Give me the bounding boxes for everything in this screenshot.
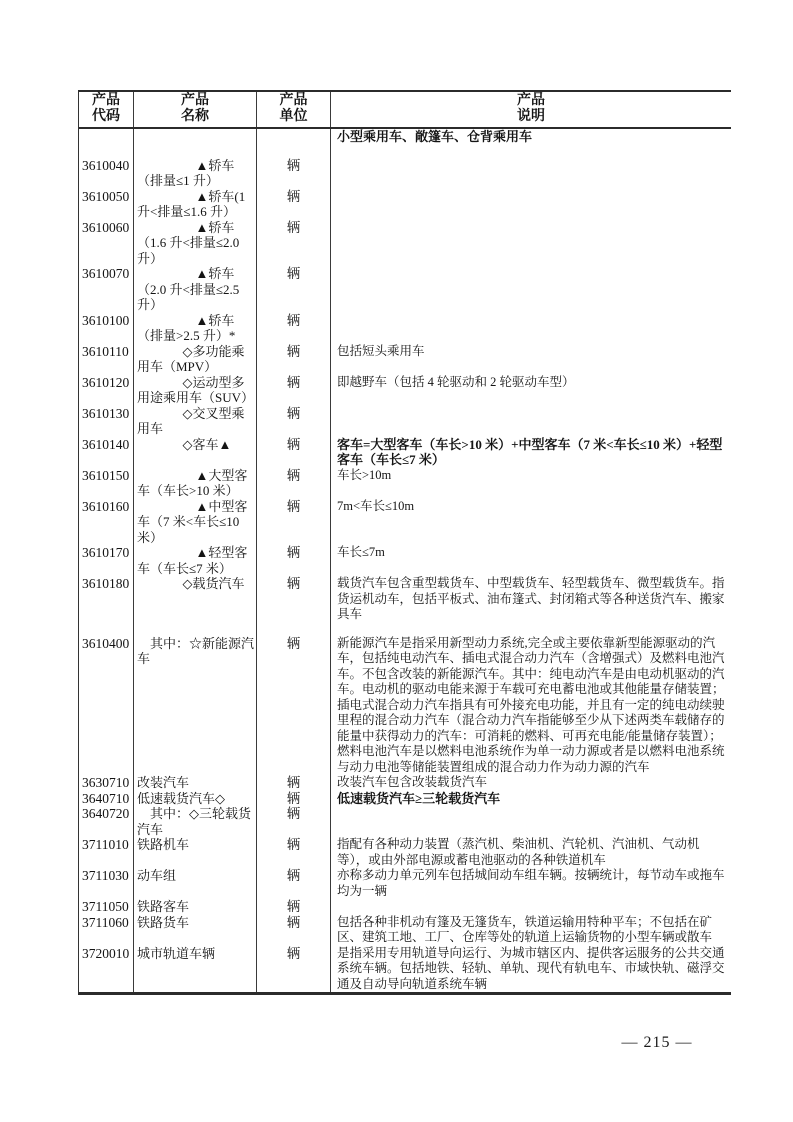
code-cell: 3610140 <box>79 437 134 468</box>
product-table: 产品 代码 产品 名称 产品 单位 产品 说明 小型乘用车、敞篷车、仓背乘用车3… <box>78 90 731 995</box>
name-cell: ▲轿车（排量≤1 升） <box>134 145 257 189</box>
table-row: 3610170▲轻型客车（车长≤7 米）辆车长≤7m <box>79 545 731 576</box>
unit-cell: 辆 <box>257 499 331 546</box>
table-row: 3610130◇交叉型乘用车辆 <box>79 406 731 437</box>
table-row: 3640720其中：◇三轮载货汽车辆 <box>79 806 731 837</box>
name-line: 其中：☆新能源汽 <box>137 636 253 652</box>
header-line: 产品 <box>257 93 330 109</box>
table-row: 3610120◇运动型多用途乘用车（SUV）辆即越野车（包括 4 轮驱动和 2 … <box>79 375 731 406</box>
name-cell: 铁路机车 <box>134 837 257 868</box>
code-cell: 3610060 <box>79 220 134 267</box>
desc-cell: 亦称多动力单元列车包括城间动车组车辆。按辆统计，每节动车或拖车均为一辆 <box>331 868 731 899</box>
table-row: 3711060铁路货车辆包括各种非机动有篷及无篷货车，铁道运输用特种平车；不包括… <box>79 915 731 946</box>
name-cell: 铁路客车 <box>134 899 257 915</box>
code-cell: 3610100 <box>79 313 134 344</box>
desc-cell <box>331 145 731 189</box>
code-cell: 3610040 <box>79 145 134 189</box>
desc-cell <box>331 189 731 220</box>
name-cell: ▲轿车（2.0 升<排量≤2.5升） <box>134 266 257 313</box>
name-line: ▲中型客 <box>137 499 253 515</box>
table-row: 3720010城市轨道车辆辆是指采用专用轨道导向运行、为城市辖区内、提供客运服务… <box>79 946 731 993</box>
table-row: 3610110◇多功能乘用车（MPV）辆包括短头乘用车 <box>79 344 731 375</box>
name-line: 低速载货汽车◇ <box>137 791 253 807</box>
name-cell: 铁路货车 <box>134 915 257 946</box>
name-line: 动车组 <box>137 868 253 884</box>
desc-cell: 载货汽车包含重型载货车、中型载货车、轻型载货车、微型载货车。指货运机动车，包括平… <box>331 576 731 623</box>
code-cell: 3711010 <box>79 837 134 868</box>
table-row: 3610150▲大型客车（车长>10 米）辆车长>10m <box>79 468 731 499</box>
name-cell: ◇载货汽车 <box>134 576 257 623</box>
unit-cell: 辆 <box>257 868 331 899</box>
name-cell: ◇运动型多用途乘用车（SUV） <box>134 375 257 406</box>
code-cell: 3610150 <box>79 468 134 499</box>
unit-cell: 辆 <box>257 189 331 220</box>
unit-cell: 辆 <box>257 775 331 791</box>
desc-cell: 包括各种非机动有篷及无篷货车，铁道运输用特种平车；不包括在矿区、建筑工地、工厂、… <box>331 915 731 946</box>
name-line: 铁路货车 <box>137 915 253 931</box>
unit-cell: 辆 <box>257 344 331 375</box>
code-cell: 3610120 <box>79 375 134 406</box>
name-cell: 低速载货汽车◇ <box>134 791 257 807</box>
desc-cell: 车长≤7m <box>331 545 731 576</box>
desc-cell: 小型乘用车、敞篷车、仓背乘用车 <box>331 129 731 145</box>
name-cell: ▲轿车(1升<排量≤1.6 升） <box>134 189 257 220</box>
desc-cell: 指配有各种动力装置（蒸汽机、柴油机、汽轮机、汽油机、气动机等），或由外部电源或蓄… <box>331 837 731 868</box>
header-product-unit: 产品 单位 <box>257 92 331 127</box>
code-cell: 3610400 <box>79 623 134 776</box>
name-cell: ▲轿车（1.6 升<排量≤2.0升） <box>134 220 257 267</box>
name-line: ▲轻型客 <box>137 545 253 561</box>
desc-cell <box>331 899 731 915</box>
unit-cell: 辆 <box>257 437 331 468</box>
name-cell: 城市轨道车辆 <box>134 946 257 993</box>
unit-cell: 辆 <box>257 806 331 837</box>
unit-cell: 辆 <box>257 837 331 868</box>
table-row: 3640710低速载货汽车◇辆低速载货汽车≥三轮载货汽车 <box>79 791 731 807</box>
header-line: 名称 <box>134 109 256 125</box>
table-row: 3610140◇客车▲辆客车=大型客车（车长>10 米）+中型客车（7 米<车长… <box>79 437 731 468</box>
code-cell: 3610050 <box>79 189 134 220</box>
name-line: 用车（MPV） <box>137 359 253 375</box>
desc-cell: 新能源汽车是指采用新型动力系统,完全或主要依靠新型能源驱动的汽车，包括纯电动汽车… <box>331 623 731 776</box>
name-line: ▲轿车 <box>137 158 253 174</box>
table-row: 3610040▲轿车（排量≤1 升）辆 <box>79 145 731 189</box>
name-cell: ▲大型客车（车长>10 米） <box>134 468 257 499</box>
name-line: 用车 <box>137 421 253 437</box>
name-cell <box>134 129 257 145</box>
header-line: 产品 <box>79 93 133 109</box>
name-line: （2.0 升<排量≤2.5 <box>137 282 253 298</box>
desc-cell <box>331 313 731 344</box>
table-row: 3610070▲轿车（2.0 升<排量≤2.5升）辆 <box>79 266 731 313</box>
code-cell: 3711060 <box>79 915 134 946</box>
unit-cell: 辆 <box>257 220 331 267</box>
name-line: （排量>2.5 升）* <box>137 328 253 344</box>
code-cell: 3640710 <box>79 791 134 807</box>
name-line: ▲轿车 <box>137 220 253 236</box>
code-cell: 3610170 <box>79 545 134 576</box>
name-line: ▲轿车(1 <box>137 189 253 205</box>
table-row: 小型乘用车、敞篷车、仓背乘用车 <box>79 129 731 145</box>
code-cell: 3640720 <box>79 806 134 837</box>
name-line: 升） <box>137 297 253 313</box>
document-page: 产品 代码 产品 名称 产品 单位 产品 说明 小型乘用车、敞篷车、仓背乘用车3… <box>0 0 793 1122</box>
desc-cell: 是指采用专用轨道导向运行、为城市辖区内、提供客运服务的公共交通系统车辆。包括地铁… <box>331 946 731 993</box>
name-line: 升） <box>137 251 253 267</box>
unit-cell: 辆 <box>257 576 331 623</box>
desc-cell <box>331 406 731 437</box>
name-line: ◇交叉型乘 <box>137 406 253 422</box>
name-line: ▲轿车 <box>137 266 253 282</box>
name-cell: ◇多功能乘用车（MPV） <box>134 344 257 375</box>
desc-cell: 车长>10m <box>331 468 731 499</box>
name-cell: ▲中型客车（7 米<车长≤10米） <box>134 499 257 546</box>
desc-cell: 即越野车（包括 4 轮驱动和 2 轮驱动车型） <box>331 375 731 406</box>
name-line: 车（车长>10 米） <box>137 483 253 499</box>
table-row: 3711010铁路机车辆指配有各种动力装置（蒸汽机、柴油机、汽轮机、汽油机、气动… <box>79 837 731 868</box>
name-line: 车（车长≤7 米） <box>137 561 253 577</box>
name-line: ▲轿车 <box>137 313 253 329</box>
unit-cell: 辆 <box>257 545 331 576</box>
name-line: 汽车 <box>137 822 253 838</box>
header-product-code: 产品 代码 <box>79 92 134 127</box>
page-number: — 215 — <box>597 1034 717 1052</box>
name-line: 城市轨道车辆 <box>137 946 253 962</box>
name-cell: 动车组 <box>134 868 257 899</box>
table-row: 3630710改装汽车辆改装汽车包含改装载货汽车 <box>79 775 731 791</box>
name-line: 升<排量≤1.6 升） <box>137 204 253 220</box>
header-line: 说明 <box>331 109 731 125</box>
unit-cell <box>257 129 331 145</box>
table-row: 3610100▲轿车（排量>2.5 升）*辆 <box>79 313 731 344</box>
table-row: 3711030动车组辆亦称多动力单元列车包括城间动车组车辆。按辆统计，每节动车或… <box>79 868 731 899</box>
desc-cell: 客车=大型客车（车长>10 米）+中型客车（7 米<车长≤10 米）+轻型客车（… <box>331 437 731 468</box>
desc-cell <box>331 220 731 267</box>
table-row: 3711050铁路客车辆 <box>79 899 731 915</box>
header-line: 产品 <box>331 93 731 109</box>
name-cell: ◇客车▲ <box>134 437 257 468</box>
code-cell: 3610160 <box>79 499 134 546</box>
desc-cell: 低速载货汽车≥三轮载货汽车 <box>331 791 731 807</box>
name-cell: 改装汽车 <box>134 775 257 791</box>
name-cell: ◇交叉型乘用车 <box>134 406 257 437</box>
name-line: （1.6 升<排量≤2.0 <box>137 235 253 251</box>
code-cell: 3610110 <box>79 344 134 375</box>
name-cell: 其中：☆新能源汽车 <box>134 623 257 776</box>
name-line: 改装汽车 <box>137 775 253 791</box>
header-product-name: 产品 名称 <box>134 92 257 127</box>
code-cell: 3711050 <box>79 899 134 915</box>
unit-cell: 辆 <box>257 915 331 946</box>
unit-cell: 辆 <box>257 468 331 499</box>
name-line: 铁路客车 <box>137 899 253 915</box>
name-line: 车（7 米<车长≤10 <box>137 514 253 530</box>
table-row: 3610160▲中型客车（7 米<车长≤10米）辆7m<车长≤10m <box>79 499 731 546</box>
name-line: 用途乘用车（SUV） <box>137 390 253 406</box>
desc-cell: 改装汽车包含改装载货汽车 <box>331 775 731 791</box>
header-line: 产品 <box>134 93 256 109</box>
code-cell: 3610180 <box>79 576 134 623</box>
unit-cell: 辆 <box>257 145 331 189</box>
unit-cell: 辆 <box>257 406 331 437</box>
name-cell: ▲轻型客车（车长≤7 米） <box>134 545 257 576</box>
name-line: 其中：◇三轮载货 <box>137 806 253 822</box>
table-row: 3610400其中：☆新能源汽车辆新能源汽车是指采用新型动力系统,完全或主要依靠… <box>79 623 731 776</box>
name-line: （排量≤1 升） <box>137 173 253 189</box>
unit-cell: 辆 <box>257 623 331 776</box>
code-cell: 3711030 <box>79 868 134 899</box>
code-cell: 3720010 <box>79 946 134 993</box>
unit-cell: 辆 <box>257 313 331 344</box>
header-line: 单位 <box>257 109 330 125</box>
table-header-row: 产品 代码 产品 名称 产品 单位 产品 说明 <box>79 92 731 129</box>
name-line: ◇多功能乘 <box>137 344 253 360</box>
name-line: ◇运动型多 <box>137 375 253 391</box>
table-row: 3610060▲轿车（1.6 升<排量≤2.0升）辆 <box>79 220 731 267</box>
header-line: 代码 <box>79 109 133 125</box>
table-row: 3610180◇载货汽车辆载货汽车包含重型载货车、中型载货车、轻型载货车、微型载… <box>79 576 731 623</box>
name-line: 车 <box>137 651 253 667</box>
unit-cell: 辆 <box>257 946 331 993</box>
code-cell: 3610130 <box>79 406 134 437</box>
unit-cell: 辆 <box>257 899 331 915</box>
name-line: ▲大型客 <box>137 468 253 484</box>
unit-cell: 辆 <box>257 375 331 406</box>
name-line: ◇客车▲ <box>137 437 253 453</box>
code-cell <box>79 129 134 145</box>
code-cell: 3630710 <box>79 775 134 791</box>
desc-cell <box>331 806 731 837</box>
desc-cell: 包括短头乘用车 <box>331 344 731 375</box>
name-line: 铁路机车 <box>137 837 253 853</box>
name-cell: ▲轿车（排量>2.5 升）* <box>134 313 257 344</box>
table-body: 小型乘用车、敞篷车、仓背乘用车3610040▲轿车（排量≤1 升）辆361005… <box>79 129 731 992</box>
desc-cell: 7m<车长≤10m <box>331 499 731 546</box>
desc-cell <box>331 266 731 313</box>
table-row: 3610050▲轿车(1升<排量≤1.6 升）辆 <box>79 189 731 220</box>
unit-cell: 辆 <box>257 266 331 313</box>
unit-cell: 辆 <box>257 791 331 807</box>
code-cell: 3610070 <box>79 266 134 313</box>
name-line: ◇载货汽车 <box>137 576 253 592</box>
header-product-description: 产品 说明 <box>331 92 731 127</box>
name-cell: 其中：◇三轮载货汽车 <box>134 806 257 837</box>
name-line: 米） <box>137 530 253 546</box>
